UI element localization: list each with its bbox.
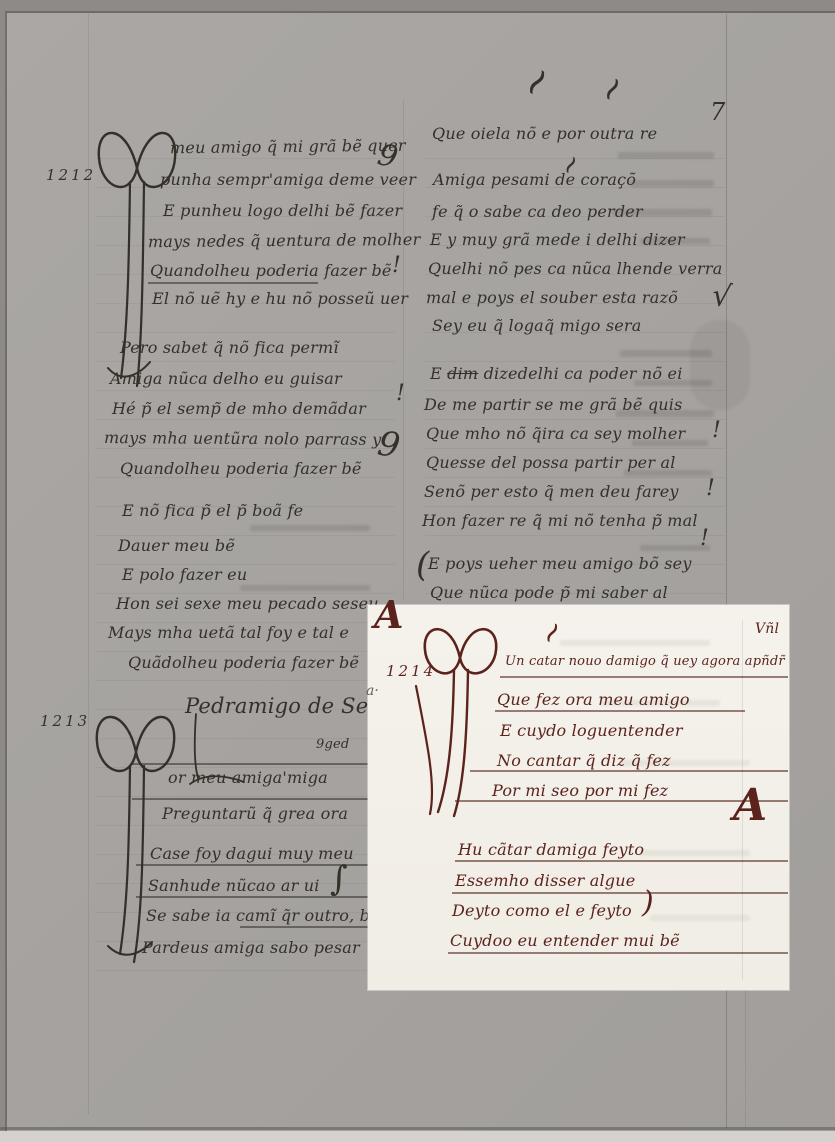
bleedthrough-mark [650, 915, 750, 921]
bleedthrough-mark [618, 152, 714, 159]
verse-rule [500, 676, 788, 678]
verse-line: Quandolheu poderia fazer bẽ [120, 461, 362, 477]
heading-annotation: 9ged [316, 738, 349, 751]
verse-line: mal e poys el souber esta razõ [426, 290, 678, 306]
verse-line: Hon fazer re q̃ mi nõ tenha p̃ mal [422, 513, 698, 529]
verse-line: Quesse del possa partir per al [426, 455, 676, 471]
verse-line: Sanhude nũcao ar ui [148, 878, 320, 894]
verse-line: Senõ per esto q̃ men deu farey [424, 484, 679, 500]
open-paren-flourish-icon: ( [416, 548, 429, 582]
verse-lead: E [430, 364, 447, 383]
verse-underline [136, 896, 392, 898]
verse-line: Amiga pesami de coraçõ [433, 172, 636, 188]
verse-line: Deyto como el e feyto [452, 903, 632, 919]
verse-rule [132, 763, 392, 765]
verse-line: E cuydo loguentender [500, 723, 683, 739]
bleedthrough-mark [640, 850, 750, 856]
verse-line: De me partir se me grã bẽ quis [424, 397, 683, 413]
faint-margin-note: a· [366, 684, 379, 698]
verse-line: Pardeus amiga sabo pesar [142, 940, 360, 956]
verse-line: Se sabe ia camĩ q̃r outro, bẽ [146, 908, 380, 924]
verse-line: E nõ fica p̃ el p̃ boã fe [122, 503, 303, 519]
verse-line: Sey eu q̃ logaq̃ migo sera [432, 318, 642, 334]
verse-line: Amiga nũca delho eu guisar [110, 371, 342, 387]
verse-rule [132, 798, 392, 800]
verse-line: Que nũca pode p̃ mi saber al [430, 585, 668, 601]
verse-rest: dizedelhi ca poder nõ ei [478, 364, 682, 383]
verse-line-with-strikeout: E dim dizedelhi ca poder nõ ei [430, 366, 683, 382]
verse-line: Hu cãtar damiga feyto [458, 842, 644, 858]
verse-line: mays nedes q̃ uentura de molher [148, 232, 421, 250]
verse-rule [452, 892, 788, 894]
verse-rule [455, 860, 788, 862]
verse-line: Por mi seo por mi fez [492, 783, 668, 799]
highlight-fold-line [742, 620, 743, 980]
decorated-initial-P [88, 702, 183, 972]
verse-line: Hé p̃ el semp̃ de mho demãdar [112, 401, 366, 417]
page-bottom-edge [0, 1127, 835, 1130]
ink-bar-icon: ! [706, 478, 715, 500]
poem-number-1213: 1213 [40, 714, 90, 729]
marginal-capital-top: A [374, 596, 404, 634]
verse-line: Quandolheu poderia fazer bẽ [150, 263, 392, 279]
verse-line: Que oiela nõ e por outra re [432, 126, 657, 142]
verse-line: Case foy dagui muy meu [150, 846, 354, 862]
ink-bar-icon: ! [712, 420, 721, 442]
marginal-capital-right: A [733, 784, 767, 828]
ink-bar-icon: ! [396, 383, 405, 405]
bleedthrough-mark [560, 640, 710, 646]
verse-line: Preguntarũ q̃ grea ora [162, 806, 348, 822]
bleedthrough-mark [620, 760, 750, 766]
verse-line: Mays mha uetã tal foy e tal e [108, 625, 349, 641]
corner-annotation: Vñl [755, 622, 779, 636]
verse-line: Que mho nõ q̃ira ca sey molher [426, 426, 685, 442]
verse-underline [136, 864, 392, 866]
verse-underline [148, 282, 318, 284]
verse-rule [470, 770, 788, 772]
poem-number-1212: 1212 [46, 168, 96, 183]
showthrough-flourish [690, 320, 750, 410]
verse-line: Dauer meu bẽ [118, 538, 235, 554]
verse-line: fe q̃ o sabe ca deo perder [432, 204, 643, 220]
bleedthrough-mark [250, 525, 370, 531]
verse-line: Quelhi nõ pes ca nũca lhende verra [428, 261, 722, 277]
margin-tick-icon: 7 [710, 100, 725, 124]
verse-line: Hon sei sexe meu pecado seseu [116, 596, 379, 612]
bleedthrough-mark [630, 180, 714, 187]
verse-line: mays mha uentũra nolo parrass y [104, 430, 381, 448]
verse-line: Quãdolheu poderia fazer bẽ [128, 655, 359, 671]
verse-line: Pero sabet q̃ nõ fica permĩ [120, 340, 339, 356]
bleedthrough-mark [600, 700, 720, 706]
scanner-background [0, 1131, 835, 1142]
verse-rule [495, 710, 745, 712]
verse-line: meu amigo q̃ mi grã bẽ quer [170, 138, 406, 156]
lower-fold-line [745, 990, 746, 1128]
long-s-flourish-icon: ∫ [330, 862, 348, 896]
verse-line: punha sempr'amiga deme veer [160, 172, 416, 188]
struck-word: dim [447, 364, 478, 383]
ink-bar-icon: ! [700, 528, 709, 550]
bleedthrough-mark [240, 585, 370, 591]
verse-rule [448, 952, 788, 954]
verse-line: E poys ueher meu amigo bõ sey [428, 556, 692, 572]
verse-line: E punheu logo delhi bẽ fazer [163, 203, 402, 219]
verse-line: Essemho disser algue [455, 873, 635, 889]
ink-bar-icon: ! [392, 255, 401, 277]
verse-line: or meu amiga'miga [168, 770, 328, 786]
manuscript-scan: 1212 meu amigo q̃ mi grã bẽ quer punha s… [0, 0, 835, 1142]
verse-line: E y muy grã mede i delhi dizer [430, 232, 685, 248]
verse-line: E polo fazer eu [122, 567, 247, 583]
verse-line: El nõ uẽ hy e hu nõ posseũ uer [152, 291, 408, 307]
verse-line: Cuydoo eu entender mui bẽ [450, 933, 680, 949]
paren-flourish-icon: ) [642, 888, 654, 918]
